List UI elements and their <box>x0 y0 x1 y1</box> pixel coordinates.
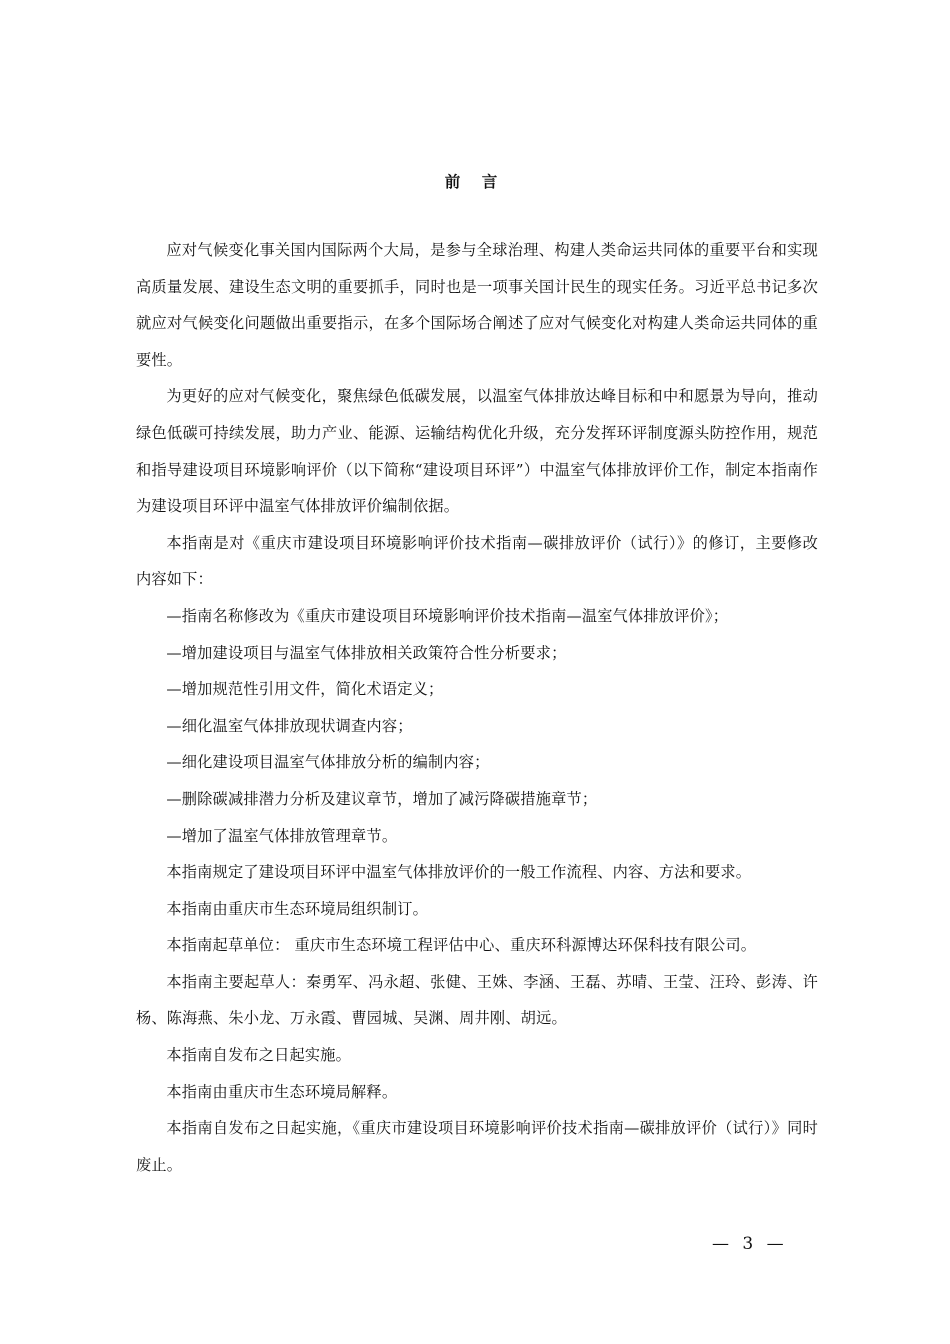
revision-item: —增加了温室气体排放管理章节。 <box>136 818 818 855</box>
paragraph-drafting-units: 本指南起草单位： 重庆市生态环境工程评估中心、重庆环科源博达环保科技有限公司。 <box>136 927 818 964</box>
revision-item: —细化建设项目温室气体排放分析的编制内容； <box>136 744 818 781</box>
revision-item: —增加规范性引用文件，简化术语定义； <box>136 671 818 708</box>
paragraph-repeal: 本指南自发布之日起实施，《重庆市建设项目环境影响评价技术指南—碳排放评价（试行）… <box>136 1110 818 1183</box>
paragraph-effective: 本指南自发布之日起实施。 <box>136 1037 818 1074</box>
document-page: 前 言 应对气候变化事关国内国际两个大局，是参与全球治理、构建人类命运共同体的重… <box>0 0 950 1344</box>
revision-item: —增加建设项目与温室气体排放相关政策符合性分析要求； <box>136 635 818 672</box>
paragraph-revision: 本指南是对《重庆市建设项目环境影响评价技术指南—碳排放评价（试行）》的修订，主要… <box>136 525 818 598</box>
paragraph-intro: 应对气候变化事关国内国际两个大局，是参与全球治理、构建人类命运共同体的重要平台和… <box>136 232 818 378</box>
revision-item: —删除碳减排潜力分析及建议章节，增加了减污降碳措施章节； <box>136 781 818 818</box>
page-title: 前 言 <box>0 170 950 192</box>
paragraph-purpose: 为更好的应对气候变化，聚焦绿色低碳发展，以温室气体排放达峰目标和中和愿景为导向，… <box>136 378 818 524</box>
revision-item: —细化温室气体排放现状调查内容； <box>136 708 818 745</box>
paragraph-organizer: 本指南由重庆市生态环境局组织制订。 <box>136 891 818 928</box>
paragraph-drafters: 本指南主要起草人：秦勇军、冯永超、张健、王姝、李涵、王磊、苏晴、王莹、汪玲、彭涛… <box>136 964 818 1037</box>
paragraph-interpretation: 本指南由重庆市生态环境局解释。 <box>136 1074 818 1111</box>
document-body: 应对气候变化事关国内国际两个大局，是参与全球治理、构建人类命运共同体的重要平台和… <box>136 232 818 1183</box>
revision-item: —指南名称修改为《重庆市建设项目环境影响评价技术指南—温室气体排放评价》； <box>136 598 818 635</box>
paragraph-scope: 本指南规定了建设项目环评中温室气体排放评价的一般工作流程、内容、方法和要求。 <box>136 854 818 891</box>
page-number: — 3 — <box>712 1234 788 1254</box>
